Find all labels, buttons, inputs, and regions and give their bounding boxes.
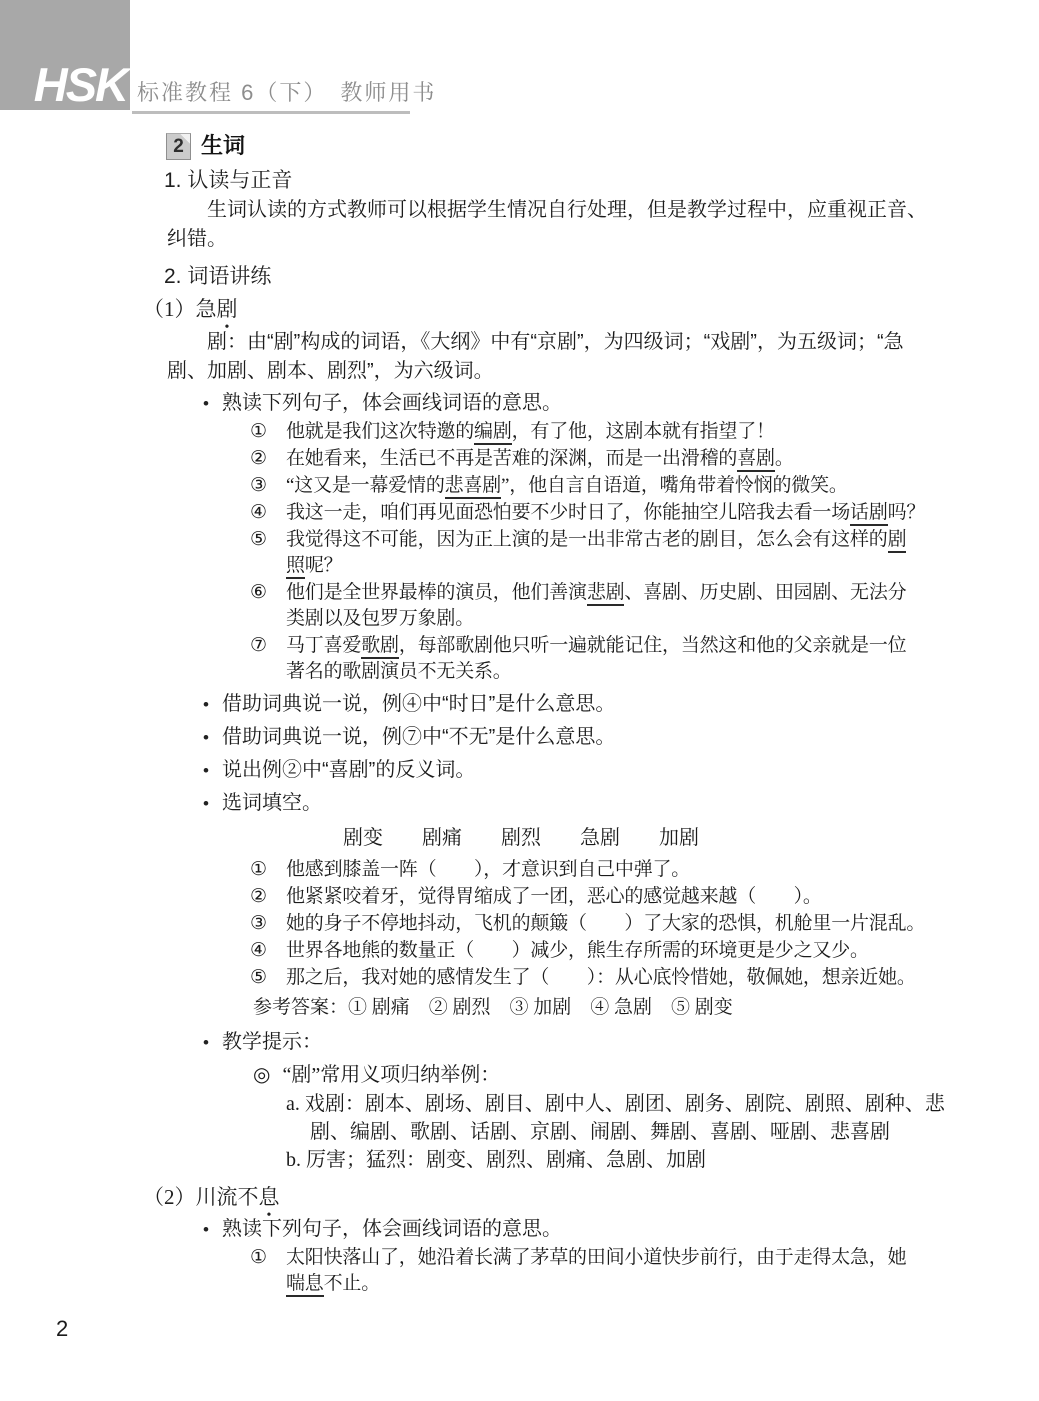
example-row: ②在她看来，生活已不再是苦难的深渊，而是一出滑稽的喜剧。 xyxy=(250,446,951,472)
word-option: 剧烈 xyxy=(501,823,541,853)
tips-item-b: b. 厉害；猛烈：剧变、剧烈、剧痛、急剧、加剧 xyxy=(286,1146,949,1174)
bullet-dictionary-q2: 借助词典说一说，例⑦中“不无”是什么意思。 xyxy=(203,722,944,753)
example-text-post: ，有了他，这剧本就有指望了！ xyxy=(512,421,775,442)
word-item-1-heading: （1）急剧 xyxy=(143,294,1039,324)
fill-example-text: 他感到膝盖一阵（ ），才意识到自己中弹了。 xyxy=(286,857,951,883)
example-number: ③ xyxy=(250,473,286,499)
example-text: 我觉得这不可能，因为正上演的是一出非常古老的剧目，怎么会有这样的剧照呢？ xyxy=(286,527,919,579)
example-number: ① xyxy=(250,857,286,883)
word-item-1-label: （1）急 xyxy=(143,297,217,321)
underlined-word: 喜剧 xyxy=(737,448,775,472)
section-number-badge: 2 xyxy=(166,133,191,160)
example-text: 太阳快落山了，她沿着长满了茅草的田间小道快步前行，由于走得太急，她喘息不止。 xyxy=(286,1245,919,1297)
bullet-read-sentences: 熟读下列句子，体会画线词语的意思。 xyxy=(203,388,944,419)
section-heading: 2 生词 xyxy=(166,130,1039,162)
word-item-1-emphasized-char: 剧 xyxy=(217,297,238,321)
word-options-row: 剧变 剧痛 剧烈 急剧 加剧 xyxy=(343,823,1039,853)
example-text-pre: 在她看来，生活已不再是苦难的深渊，而是一出滑稽的 xyxy=(286,448,737,469)
example-text-pre: 他就是我们这次特邀的 xyxy=(286,421,474,442)
word-item-2-label: （2）川流不 xyxy=(143,1185,259,1209)
underlined-word: 悲剧 xyxy=(587,582,625,606)
bullet-read-sentences-2: 熟读下列句子，体会画线词语的意思。 xyxy=(203,1214,944,1245)
example-row: ⑤我觉得这不可能，因为正上演的是一出非常古老的剧目，怎么会有这样的剧照呢？ xyxy=(250,527,919,579)
example-row: ④我这一走，咱们再见面恐怕要不少时日了，你能抽空儿陪我去看一场话剧吗？ xyxy=(250,500,951,526)
example-text-pre: 我觉得这不可能，因为正上演的是一出非常古老的剧目，怎么会有这样的 xyxy=(286,529,888,550)
fill-example-row: ①他感到膝盖一阵（ ），才意识到自己中弹了。 xyxy=(250,857,951,883)
example-row: ①太阳快落山了，她沿着长满了茅草的田间小道快步前行，由于走得太急，她喘息不止。 xyxy=(250,1245,919,1297)
tips-title-row: ◎ “剧”常用义项归纳举例： xyxy=(253,1060,1039,1090)
example-number: ⑥ xyxy=(250,580,286,632)
example-number: ① xyxy=(250,419,286,445)
bullet-dictionary-q1: 借助词典说一说，例④中“时日”是什么意思。 xyxy=(203,689,944,720)
underlined-word: 歌剧 xyxy=(361,635,399,659)
example-row: ①他就是我们这次特邀的编剧，有了他，这剧本就有指望了！ xyxy=(250,419,951,445)
fill-example-row: ⑤那之后，我对她的感情发生了（ ）：从心底怜惜她，敬佩她，想亲近她。 xyxy=(250,965,951,991)
fill-example-text: 她的身子不停地抖动，飞机的颠簸（ ）了大家的恐惧，机舱里一片混乱。 xyxy=(286,911,951,937)
book-page: HSK 标准教程 6（下） 教师用书 2 生词 1. 认读与正音 生词认读的方式… xyxy=(0,0,1039,1401)
subsection-heading-1: 1. 认读与正音 xyxy=(164,166,1039,196)
example-number: ④ xyxy=(250,500,286,526)
bullet-antonym-q: 说出例②中“喜剧”的反义词。 xyxy=(203,755,944,786)
example-text-pre: “这又是一幕爱情的 xyxy=(286,475,445,496)
fill-example-text: 他紧紧咬着牙，觉得胃缩成了一团，恶心的感觉越来越（ ）。 xyxy=(286,884,951,910)
example-number: ② xyxy=(250,446,286,472)
underlined-word: 悲喜剧 xyxy=(445,475,501,499)
bullet-fill-in-blank: 选词填空。 xyxy=(203,788,944,819)
page-number: 2 xyxy=(56,1316,68,1342)
fill-example-row: ②他紧紧咬着牙，觉得胃缩成了一团，恶心的感觉越来越（ ）。 xyxy=(250,884,951,910)
word-option: 剧变 xyxy=(343,823,383,853)
example-text: 我这一走，咱们再见面恐怕要不少时日了，你能抽空儿陪我去看一场话剧吗？ xyxy=(286,500,951,526)
example-text-post: 吗？ xyxy=(888,502,926,523)
fill-example-text: 那之后，我对她的感情发生了（ ）：从心底怜惜她，敬佩她，想亲近她。 xyxy=(286,965,951,991)
section-title: 生词 xyxy=(201,131,245,161)
fill-example-text: 世界各地熊的数量正（ ）减少，熊生存所需的环境更是少之又少。 xyxy=(286,938,951,964)
word-item-2-emphasized-char: 息 xyxy=(259,1185,280,1209)
example-number: ⑦ xyxy=(250,633,286,685)
example-text: 他们是全世界最棒的演员，他们善演悲剧、喜剧、历史剧、田园剧、无法分类剧以及包罗万… xyxy=(286,580,919,632)
example-number: ④ xyxy=(250,938,286,964)
reference-answers: 参考答案：① 剧痛 ② 剧烈 ③ 加剧 ④ 急剧 ⑤ 剧变 xyxy=(253,993,1039,1023)
example-text-pre: 太阳快落山了，她沿着长满了茅草的田间小道快步前行，由于走得太急，她 xyxy=(286,1247,906,1268)
fill-example-row: ③她的身子不停地抖动，飞机的颠簸（ ）了大家的恐惧，机舱里一片混乱。 xyxy=(250,911,951,937)
example-number: ③ xyxy=(250,911,286,937)
example-text: “这又是一幕爱情的悲喜剧”，他自言自语道，嘴角带着怜悯的微笑。 xyxy=(286,473,951,499)
underlined-word: 编剧 xyxy=(474,421,512,445)
example-number: ⑤ xyxy=(250,965,286,991)
tips-title: “剧”常用义项归纳举例： xyxy=(282,1060,500,1090)
example-text-post: ”，他自言自语道，嘴角带着怜悯的微笑。 xyxy=(501,475,848,496)
intro-paragraph: 生词认读的方式教师可以根据学生情况自行处理，但是教学过程中，应重视正音、纠错。 xyxy=(167,196,940,254)
word-option: 剧痛 xyxy=(422,823,462,853)
word-option: 急剧 xyxy=(580,823,620,853)
example-text: 马丁喜爱歌剧，每部歌剧他只听一遍就能记住，当然这和他的父亲就是一位著名的歌剧演员… xyxy=(286,633,919,685)
underlined-word: 喘息 xyxy=(286,1273,324,1297)
example-text-post: 。 xyxy=(775,448,794,469)
example-number: ① xyxy=(250,1245,286,1297)
word-item-2-heading: （2）川流不息 xyxy=(143,1182,1039,1212)
underlined-word: 话剧 xyxy=(850,502,888,526)
example-row: ⑥他们是全世界最棒的演员，他们善演悲剧、喜剧、历史剧、田园剧、无法分类剧以及包罗… xyxy=(250,580,919,632)
page-content: 2 生词 1. 认读与正音 生词认读的方式教师可以根据学生情况自行处理，但是教学… xyxy=(0,0,1039,1298)
fill-example-row: ④世界各地熊的数量正（ ）减少，熊生存所需的环境更是少之又少。 xyxy=(250,938,951,964)
tips-item-a: a. 戏剧：剧本、剧场、剧目、剧中人、剧团、剧务、剧院、剧照、剧种、悲剧、编剧、… xyxy=(286,1090,949,1146)
example-text-post: 不止。 xyxy=(324,1273,380,1294)
example-number: ② xyxy=(250,884,286,910)
example-row: ③“这又是一幕爱情的悲喜剧”，他自言自语道，嘴角带着怜悯的微笑。 xyxy=(250,473,951,499)
bullet-teaching-tips: 教学提示： xyxy=(203,1027,944,1058)
subsection-heading-2: 2. 词语讲练 xyxy=(164,262,1039,292)
example-number: ⑤ xyxy=(250,527,286,579)
word-item-1-intro: 剧：由“剧”构成的词语，《大纲》中有“京剧”，为四级词；“戏剧”，为五级词；“急… xyxy=(167,328,940,386)
example-text-pre: 马丁喜爱 xyxy=(286,635,361,656)
double-circle-marker: ◎ xyxy=(253,1060,270,1090)
example-text: 在她看来，生活已不再是苦难的深渊，而是一出滑稽的喜剧。 xyxy=(286,446,951,472)
example-text-pre: 他们是全世界最棒的演员，他们善演 xyxy=(286,582,587,603)
example-text-pre: 我这一走，咱们再见面恐怕要不少时日了，你能抽空儿陪我去看一场 xyxy=(286,502,850,523)
word-option: 加剧 xyxy=(659,823,699,853)
example-text-post: 呢？ xyxy=(305,555,343,576)
example-text: 他就是我们这次特邀的编剧，有了他，这剧本就有指望了！ xyxy=(286,419,951,445)
example-row: ⑦马丁喜爱歌剧，每部歌剧他只听一遍就能记住，当然这和他的父亲就是一位著名的歌剧演… xyxy=(250,633,919,685)
